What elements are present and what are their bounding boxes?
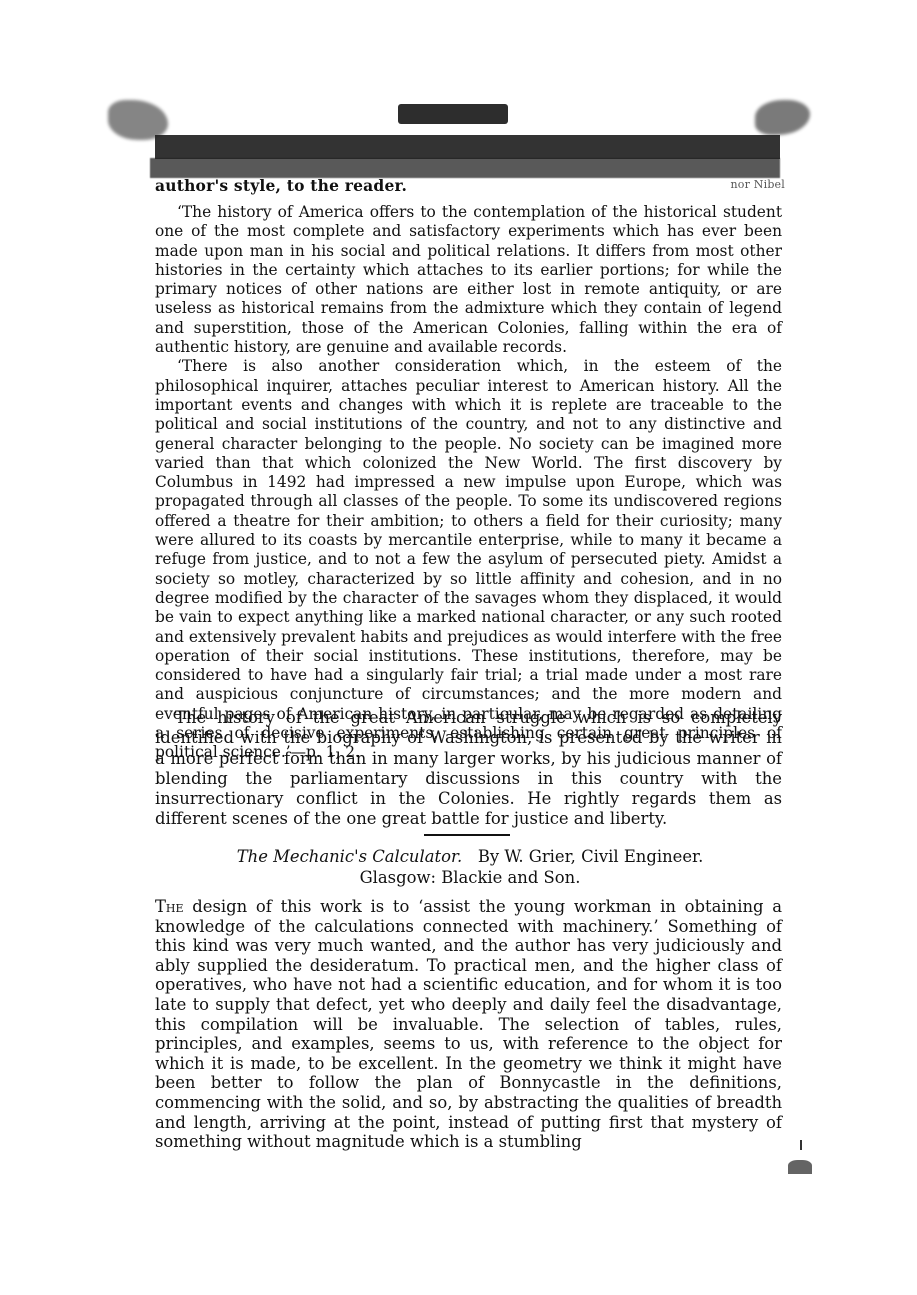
scan-blemish [108,100,168,140]
block-quote: ‘The history of America offers to the co… [155,203,782,763]
drop-lead: The [155,897,184,916]
section-divider [424,834,510,836]
margin-note: nor Nibel [731,178,785,191]
obscured-text-line [150,158,780,178]
scan-blemish [755,100,810,135]
book-entry-heading: The Mechanic's Calculator. By W. Grier, … [150,846,790,888]
book-author: By W. Grier, Civil Engineer. [478,847,703,866]
book-review: The design of this work is to ‘assist th… [155,897,782,1152]
book-review-text: The design of this work is to ‘assist th… [155,897,782,1152]
review-text: The history of the great American strugg… [155,708,782,830]
quote-paragraph: ‘The history of America offers to the co… [155,203,782,357]
book-publisher: Glasgow: Blackie and Son. [360,868,581,887]
obscured-text-line [155,135,780,159]
catchword-blemish [788,1160,812,1174]
obscured-page-header [398,104,508,124]
top-line-text: author's style, to the reader. [155,176,407,195]
book-title: The Mechanic's Calculator. [237,847,463,866]
review-paragraph: The history of the great American strugg… [155,708,782,830]
top-line: author's style, to the reader. nor Nibel [155,176,785,196]
quote-paragraph: ‘There is also another consideration whi… [155,357,782,762]
margin-mark [800,1140,802,1150]
scanned-page: author's style, to the reader. nor Nibel… [0,0,917,1295]
book-review-body: design of this work is to ‘assist the yo… [155,897,782,1151]
